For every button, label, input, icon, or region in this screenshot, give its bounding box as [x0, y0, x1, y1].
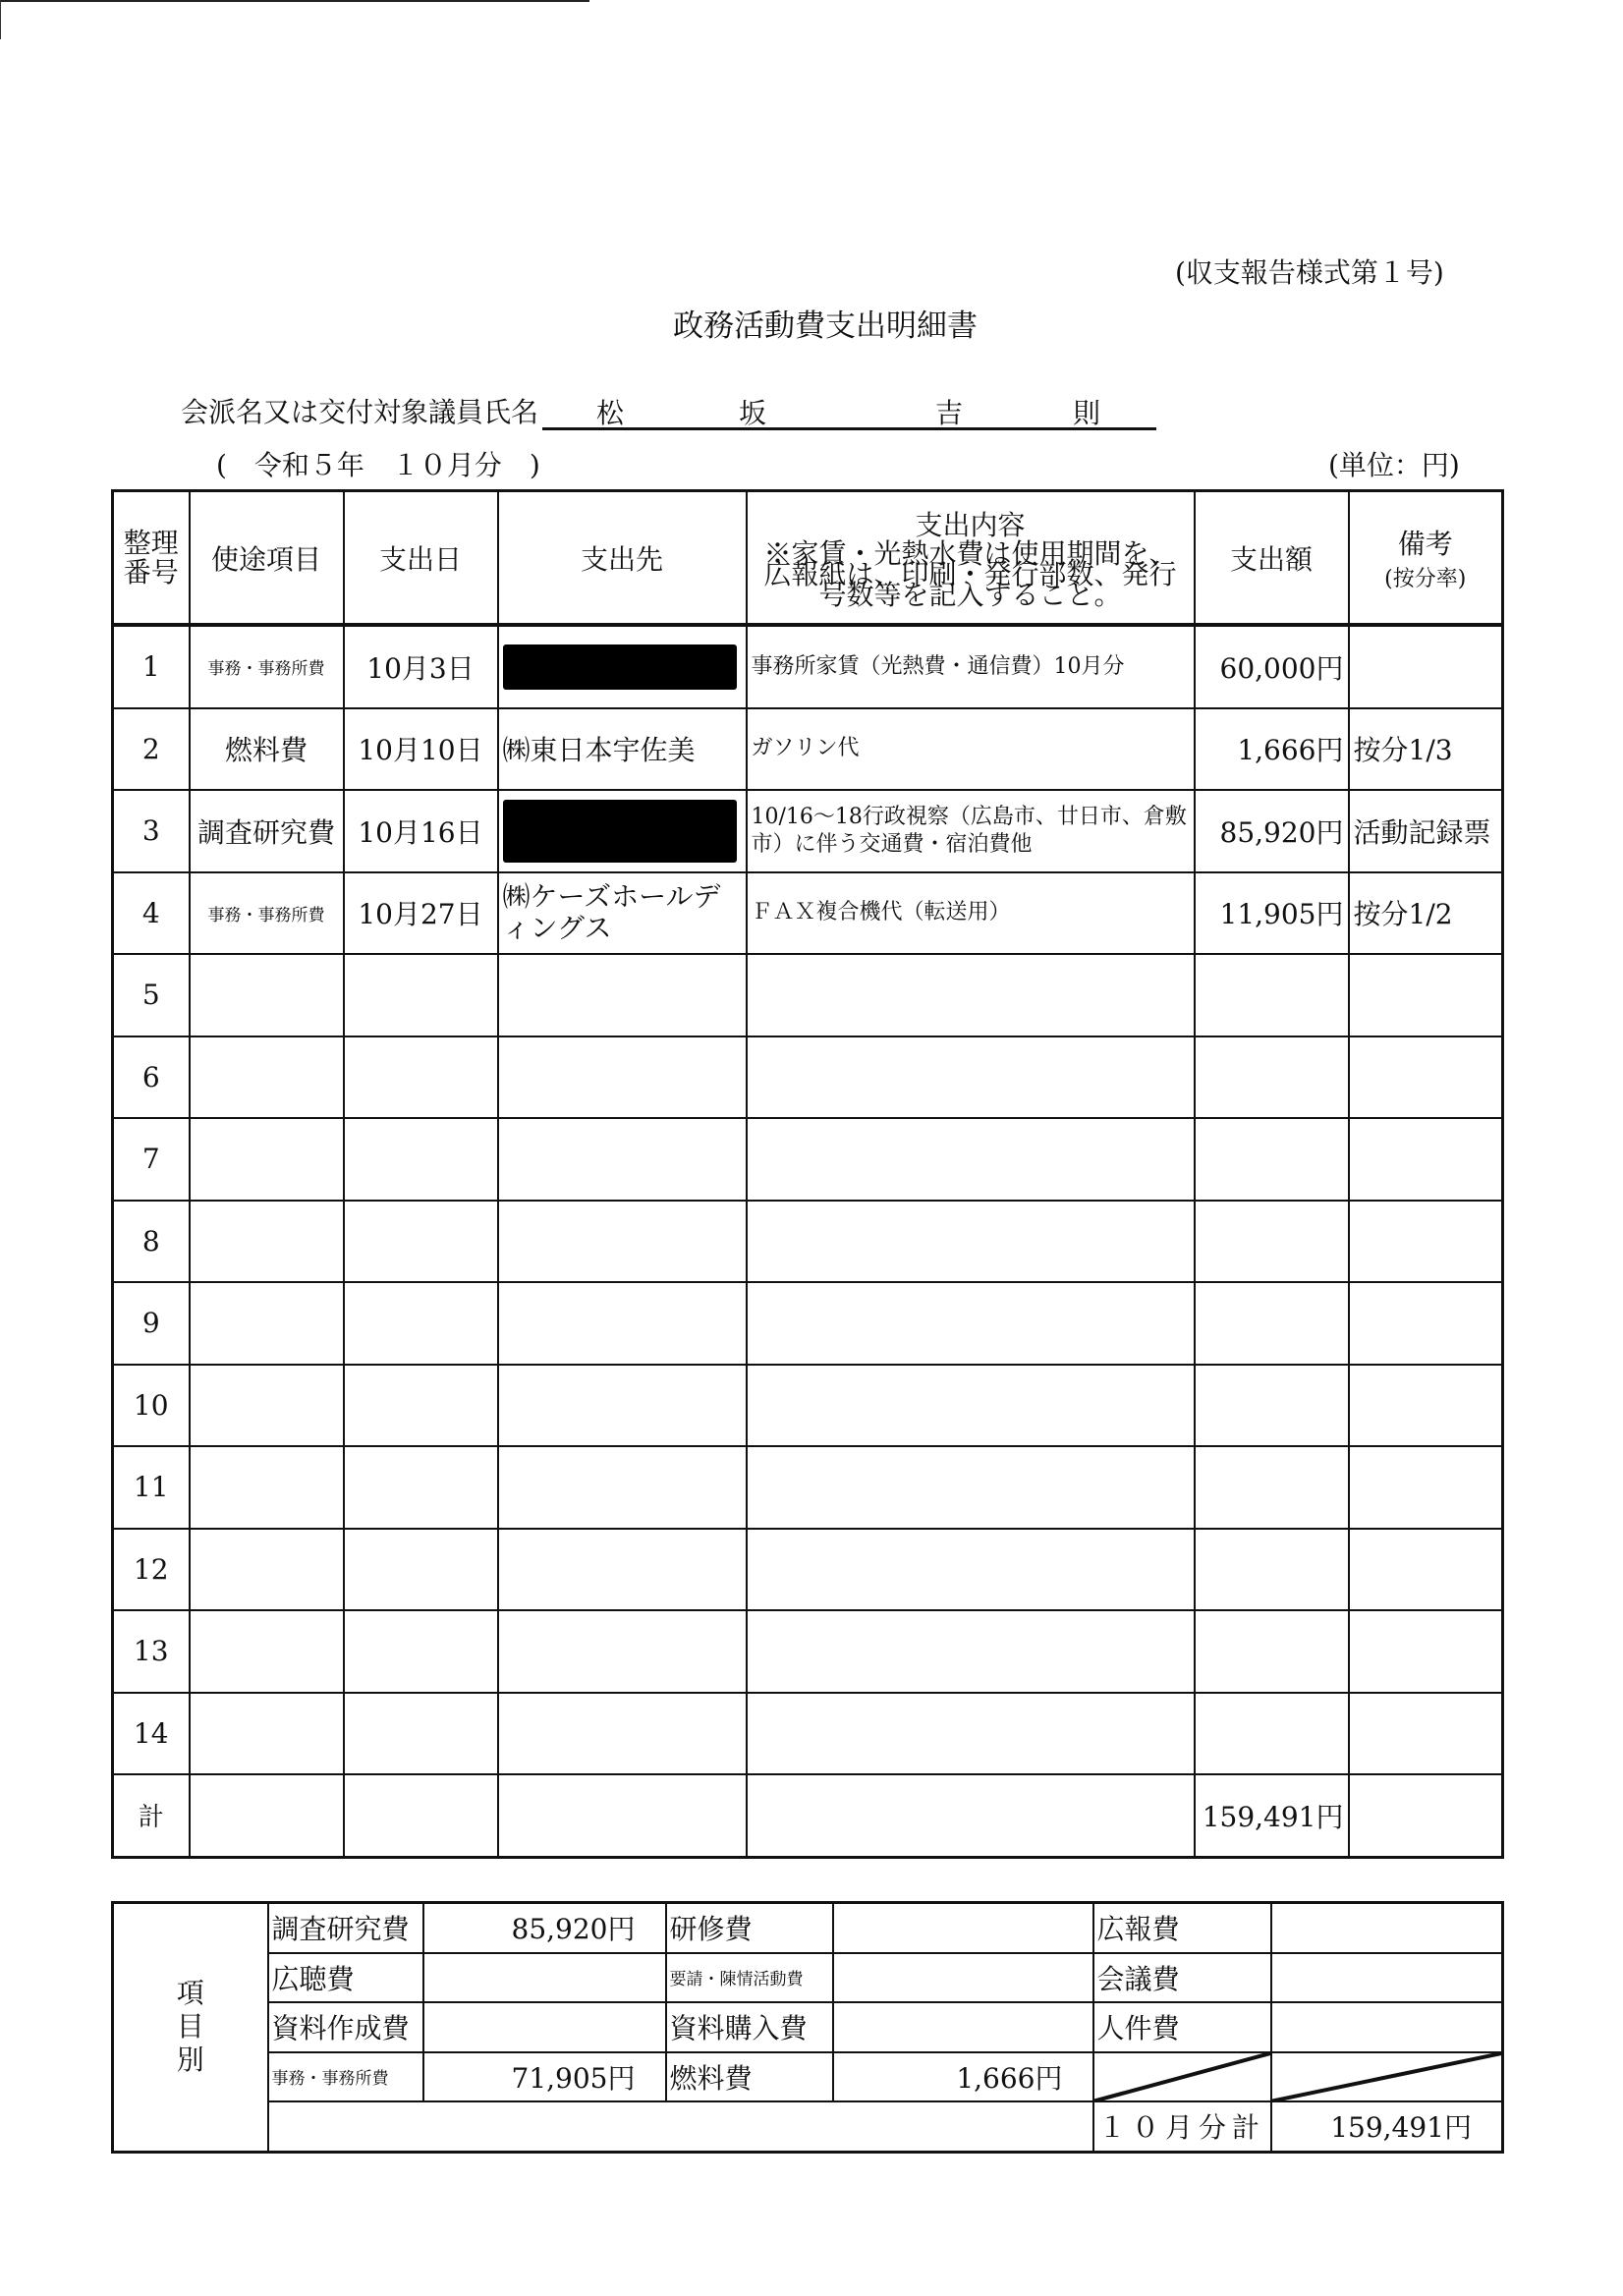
- summary-label-material-purchase: 資料購入費: [666, 2002, 833, 2052]
- table-row: 9: [113, 1282, 1503, 1365]
- header-content-note: ※家賃・光熱水費は使用期間を、広報紙は、印刷・発行部数、発行号数等を記入すること…: [763, 537, 1176, 611]
- row-date: 10月10日: [344, 708, 498, 791]
- row-remarks: [1349, 1529, 1503, 1611]
- row-payee: [498, 625, 747, 708]
- scan-edge-vertical: [0, 0, 1, 39]
- row-content: [747, 1118, 1195, 1201]
- table-row: 4事務・事務所費10月27日㈱ケーズホールディングスＦＡＸ複合機代（転送用）11…: [113, 872, 1503, 955]
- row-amount: 1,666円: [1195, 708, 1349, 791]
- row-number: 2: [113, 708, 190, 791]
- row-date: [344, 1201, 498, 1283]
- total-label: 計: [113, 1774, 190, 1857]
- row-amount: [1195, 1446, 1349, 1529]
- summary-amount-publicity: [1271, 1903, 1503, 1953]
- member-name-char: 吉: [935, 392, 963, 431]
- redacted-block: [503, 644, 737, 690]
- table-total-row: 計 159,491円: [113, 1774, 1503, 1857]
- header-remarks-sub: (按分率): [1350, 562, 1502, 592]
- row-content: 10/16～18行政視察（広島市、廿日市、倉敷市）に伴う交通費・宿泊費他: [747, 790, 1195, 872]
- row-number: 9: [113, 1282, 190, 1365]
- row-date: 10月16日: [344, 790, 498, 872]
- row-date: 10月27日: [344, 872, 498, 955]
- row-date: [344, 1118, 498, 1201]
- summary-label-office: 事務・事務所費: [268, 2052, 423, 2102]
- summary-amount-material-creation: [423, 2002, 666, 2052]
- summary-label-hearing: 広聴費: [268, 1953, 423, 2003]
- row-remarks: 活動記録票: [1349, 790, 1503, 872]
- table-body: 1事務・事務所費10月3日事務所家賃（光熱費・通信費）10月分60,000円2燃…: [113, 625, 1503, 1774]
- redacted-block: [503, 800, 737, 863]
- row-date: [344, 1529, 498, 1611]
- row-amount: [1195, 1365, 1349, 1447]
- scan-edge: [0, 0, 589, 2]
- row-category: [190, 1693, 344, 1775]
- table-row: 8: [113, 1201, 1503, 1283]
- row-category: 事務・事務所費: [190, 625, 344, 708]
- table-row: 11: [113, 1446, 1503, 1529]
- row-content: [747, 1036, 1195, 1119]
- row-number: 10: [113, 1365, 190, 1447]
- row-remarks: [1349, 1610, 1503, 1693]
- row-content: [747, 1365, 1195, 1447]
- row-amount: [1195, 1036, 1349, 1119]
- row-payee: [498, 1446, 747, 1529]
- row-content: ガソリン代: [747, 708, 1195, 791]
- header-category: 使途項目: [190, 491, 344, 626]
- row-category: [190, 1118, 344, 1201]
- header-amount: 支出額: [1195, 491, 1349, 626]
- table-row: 13: [113, 1610, 1503, 1693]
- row-amount: 60,000円: [1195, 625, 1349, 708]
- table-row: 1事務・事務所費10月3日事務所家賃（光熱費・通信費）10月分60,000円: [113, 625, 1503, 708]
- diagonal-line-icon: [1094, 2053, 1270, 2101]
- row-content: [747, 1201, 1195, 1283]
- row-amount: 11,905円: [1195, 872, 1349, 955]
- row-payee: [498, 1529, 747, 1611]
- table-header: 整理番号 使途項目 支出日 支出先 支出内容 ※家賃・光熱水費は使用期間を、広報…: [113, 491, 1503, 626]
- header-content: 支出内容 ※家賃・光熱水費は使用期間を、広報紙は、印刷・発行部数、発行号数等を記…: [747, 491, 1195, 626]
- member-label: 会派名又は交付対象議員氏名: [181, 391, 538, 430]
- diagonal-line-icon: [1272, 2053, 1502, 2101]
- month-total-amount: 159,491円: [1271, 2101, 1503, 2152]
- table-row: 5: [113, 954, 1503, 1036]
- row-number: 14: [113, 1693, 190, 1775]
- row-date: [344, 1036, 498, 1119]
- row-category: 調査研究費: [190, 790, 344, 872]
- row-date: [344, 1610, 498, 1693]
- summary-amount-training: [833, 1903, 1093, 1953]
- table-row: 6: [113, 1036, 1503, 1119]
- row-category: [190, 1282, 344, 1365]
- row-remarks: [1349, 1365, 1503, 1447]
- table-row: 3調査研究費10月16日10/16～18行政視察（広島市、廿日市、倉敷市）に伴う…: [113, 790, 1503, 872]
- summary-amount-fuel: 1,666円: [833, 2052, 1093, 2102]
- category-summary-table: 項目別 調査研究費 85,920円 研修費 広報費 広聴費 要請・陳情活動費 会…: [111, 1901, 1504, 2154]
- document-title: 政務活動費支出明細書: [0, 301, 1623, 345]
- total-amount: 159,491円: [1195, 1774, 1349, 1857]
- summary-label-meeting: 会議費: [1093, 1953, 1271, 2003]
- member-name-char: 則: [1073, 392, 1100, 431]
- row-remarks: [1349, 1118, 1503, 1201]
- row-category: [190, 954, 344, 1036]
- row-payee: [498, 1365, 747, 1447]
- month-total-label: １０月分計: [1093, 2101, 1271, 2152]
- row-payee: ㈱東日本宇佐美: [498, 708, 747, 791]
- row-remarks: [1349, 1282, 1503, 1365]
- row-number: 13: [113, 1610, 190, 1693]
- row-content: 事務所家賃（光熱費・通信費）10月分: [747, 625, 1195, 708]
- row-category: [190, 1610, 344, 1693]
- row-payee: [498, 954, 747, 1036]
- total-cell-empty: [190, 1774, 344, 1857]
- row-date: [344, 1446, 498, 1529]
- summary-label-material-creation: 資料作成費: [268, 2002, 423, 2052]
- row-payee: ㈱ケーズホールディングス: [498, 872, 747, 955]
- summary-amount-research: 85,920円: [423, 1903, 666, 1953]
- row-date: [344, 1282, 498, 1365]
- row-amount: [1195, 954, 1349, 1036]
- total-cell-empty: [747, 1774, 1195, 1857]
- row-number: 11: [113, 1446, 190, 1529]
- row-content: [747, 1529, 1195, 1611]
- summary-amount-meeting: [1271, 1953, 1503, 2003]
- summary-amount-hearing: [423, 1953, 666, 2003]
- row-category: 事務・事務所費: [190, 872, 344, 955]
- header-remarks: 備考 (按分率): [1349, 491, 1503, 626]
- row-amount: [1195, 1282, 1349, 1365]
- member-line: 会派名又は交付対象議員氏名 松 坂 吉 則: [181, 391, 1156, 430]
- row-category: [190, 1446, 344, 1529]
- row-date: [344, 1365, 498, 1447]
- row-payee: [498, 1282, 747, 1365]
- diagonal-strike-cell: [1271, 2052, 1503, 2102]
- summary-amount-office: 71,905円: [423, 2052, 666, 2102]
- diagonal-strike-cell: [1093, 2052, 1271, 2102]
- summary-amount-material-purchase: [833, 2002, 1093, 2052]
- row-remarks: [1349, 1693, 1503, 1775]
- unit-label: (単位：円): [1328, 444, 1460, 483]
- row-amount: [1195, 1693, 1349, 1775]
- row-remarks: 按分1/2: [1349, 872, 1503, 955]
- row-content: [747, 1282, 1195, 1365]
- row-date: [344, 954, 498, 1036]
- row-number: 1: [113, 625, 190, 708]
- summary-label-research: 調査研究費: [268, 1903, 423, 1953]
- member-name-char: 松: [596, 392, 624, 431]
- row-remarks: [1349, 1036, 1503, 1119]
- summary-blank-area: [268, 2101, 1093, 2152]
- row-number: 8: [113, 1201, 190, 1283]
- row-payee: [498, 1118, 747, 1201]
- member-name-field: 松 坂 吉 則: [542, 392, 1156, 430]
- row-number: 12: [113, 1529, 190, 1611]
- row-amount: [1195, 1610, 1349, 1693]
- row-amount: [1195, 1201, 1349, 1283]
- row-number: 4: [113, 872, 190, 955]
- total-cell-empty: [344, 1774, 498, 1857]
- table-row: 14: [113, 1693, 1503, 1775]
- row-amount: [1195, 1529, 1349, 1611]
- row-payee: [498, 1201, 747, 1283]
- summary-label-training: 研修費: [666, 1903, 833, 1953]
- row-content: [747, 1446, 1195, 1529]
- header-payee: 支出先: [498, 491, 747, 626]
- row-category: [190, 1201, 344, 1283]
- member-name-char: 坂: [739, 392, 766, 431]
- table-row: 7: [113, 1118, 1503, 1201]
- header-date: 支出日: [344, 491, 498, 626]
- summary-amount-personnel: [1271, 2002, 1503, 2052]
- row-payee: [498, 1693, 747, 1775]
- table-row: 10: [113, 1365, 1503, 1447]
- row-number: 6: [113, 1036, 190, 1119]
- row-amount: [1195, 1118, 1349, 1201]
- form-number: (収支報告様式第１号): [1175, 252, 1444, 291]
- row-number: 5: [113, 954, 190, 1036]
- summary-side-label-text: 項目別: [177, 1977, 204, 2077]
- summary-side-label: 項目別: [113, 1903, 268, 2153]
- row-date: 10月3日: [344, 625, 498, 708]
- row-content: [747, 954, 1195, 1036]
- row-content: [747, 1693, 1195, 1775]
- row-payee: [498, 790, 747, 872]
- expenditure-table: 整理番号 使途項目 支出日 支出先 支出内容 ※家賃・光熱水費は使用期間を、広報…: [111, 489, 1504, 1859]
- row-remarks: [1349, 954, 1503, 1036]
- report-period: ( 令和５年 １０月分 ): [216, 444, 540, 483]
- row-remarks: [1349, 1201, 1503, 1283]
- summary-label-personnel: 人件費: [1093, 2002, 1271, 2052]
- row-category: [190, 1036, 344, 1119]
- table-row: 2燃料費10月10日㈱東日本宇佐美ガソリン代1,666円按分1/3: [113, 708, 1503, 791]
- summary-label-publicity: 広報費: [1093, 1903, 1271, 1953]
- row-remarks: [1349, 1446, 1503, 1529]
- row-remarks: [1349, 625, 1503, 708]
- row-number: 7: [113, 1118, 190, 1201]
- row-remarks: 按分1/3: [1349, 708, 1503, 791]
- total-cell-empty: [498, 1774, 747, 1857]
- header-remarks-title: 備考: [1398, 528, 1453, 560]
- summary-label-petition: 要請・陳情活動費: [666, 1953, 833, 2003]
- summary-label-fuel: 燃料費: [666, 2052, 833, 2102]
- table-row: 12: [113, 1529, 1503, 1611]
- row-content: [747, 1610, 1195, 1693]
- row-number: 3: [113, 790, 190, 872]
- row-category: [190, 1365, 344, 1447]
- row-date: [344, 1693, 498, 1775]
- row-payee: [498, 1036, 747, 1119]
- total-cell-empty: [1349, 1774, 1503, 1857]
- header-no: 整理番号: [113, 491, 190, 626]
- summary-amount-petition: [833, 1953, 1093, 2003]
- row-payee: [498, 1610, 747, 1693]
- row-amount: 85,920円: [1195, 790, 1349, 872]
- row-content: ＦＡＸ複合機代（転送用）: [747, 872, 1195, 955]
- row-category: [190, 1529, 344, 1611]
- row-category: 燃料費: [190, 708, 344, 791]
